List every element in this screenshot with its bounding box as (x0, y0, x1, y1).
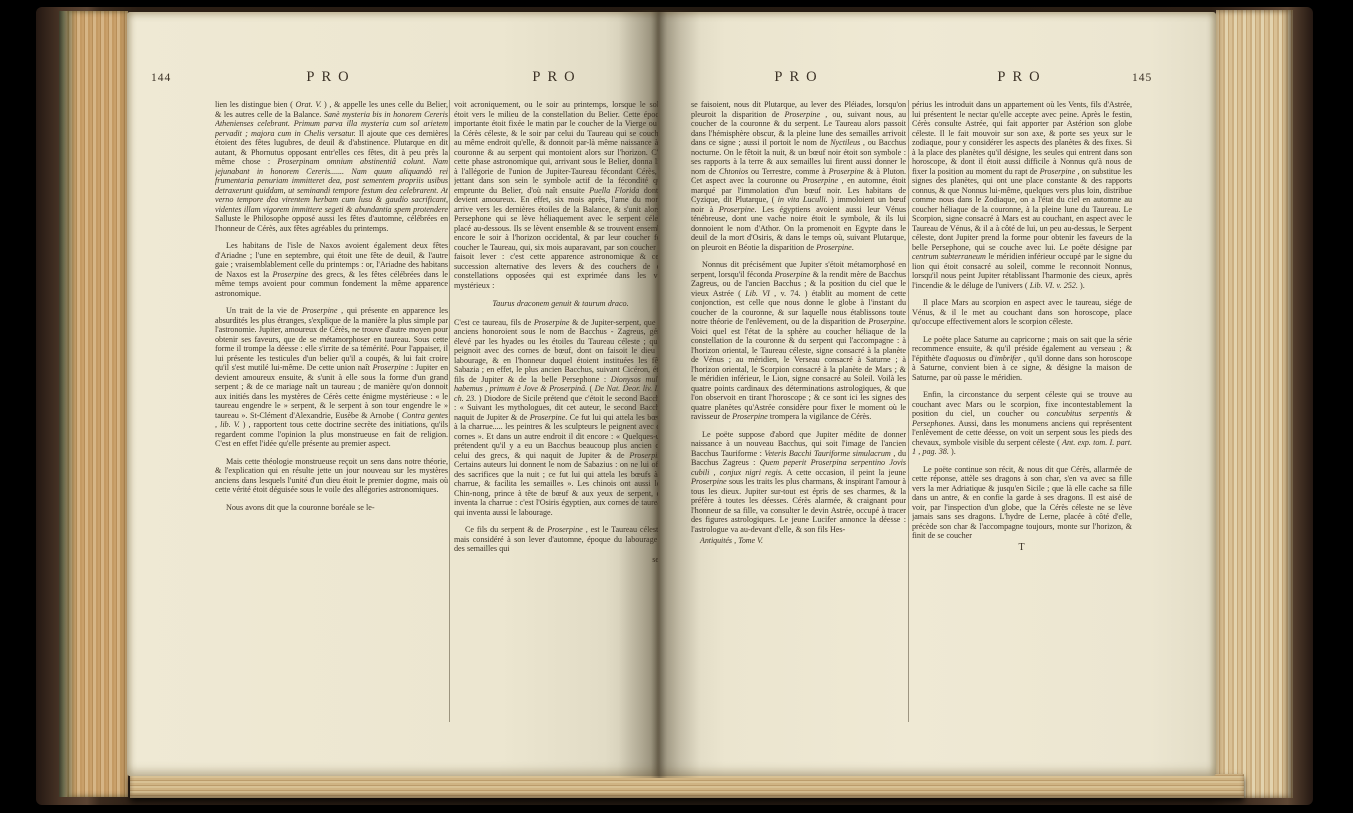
paragraph: lien les distingue bien ( Orat. V. ) , &… (215, 100, 448, 233)
paragraph: Le poëte continue son récit, & nous dit … (912, 465, 1132, 541)
paragraph: se faisoient, nous dit Plutarque, au lev… (691, 100, 906, 252)
bottom-fore-edge-pages (130, 774, 1244, 798)
volume-footer: Antiquités , Tome V. (691, 536, 906, 546)
paragraph: Mais cette théologie monstrueuse reçoit … (215, 457, 448, 495)
text-column-4: périus les introduit dans un appartement… (912, 100, 1132, 732)
left-fore-edge-pages (66, 11, 128, 797)
page-right-145: PRO PRO 145 se faisoient, nous dit Pluta… (658, 12, 1216, 776)
column-divider-rule-right (908, 100, 909, 722)
paragraph: Il place Mars au scorpion en aspect avec… (912, 298, 1132, 327)
latin-verse: Taurus draconem genuit & taurum draco. (454, 299, 667, 309)
signature-mark: T (912, 543, 1132, 553)
paragraph: Un trait de la vie de Proserpine , qui p… (215, 306, 448, 449)
paragraph: Le poëte suppose d'abord que Jupiter méd… (691, 430, 906, 535)
text-column-3: se faisoient, nous dit Plutarque, au lev… (691, 100, 906, 732)
running-head-col1: PRO (306, 69, 355, 86)
open-book-photo: 144 PRO PRO lien les distingue bien ( Or… (0, 0, 1353, 813)
folio-number-left: 144 (151, 72, 171, 84)
running-head-col2: PRO (532, 69, 581, 86)
folio-number-right: 145 (1132, 72, 1152, 84)
paragraph: Nonnus dit précisément que Jupiter s'éto… (691, 260, 906, 422)
text-column-1: lien les distingue bien ( Orat. V. ) , &… (215, 100, 448, 732)
right-fore-edge-pages (1216, 10, 1293, 798)
paragraph: C'est ce taureau, fils de Proserpine & d… (454, 318, 667, 518)
page-left-144: 144 PRO PRO lien les distingue bien ( Or… (127, 12, 658, 776)
paragraph: Ce fils du serpent & de Proserpine , est… (454, 525, 667, 554)
paragraph: Le poëte place Saturne au capricorne ; m… (912, 335, 1132, 383)
paragraph: Enfin, la circonstance du serpent célest… (912, 390, 1132, 457)
paragraph: voit acroniquement, ou le soir au printe… (454, 100, 667, 290)
paragraph: Nous avons dit que la couronne boréale s… (215, 503, 448, 513)
column-divider-rule-left (449, 100, 450, 722)
catchword: se (454, 555, 667, 565)
paragraph: périus les introduit dans un appartement… (912, 100, 1132, 290)
paragraph: Les habitans de l'isle de Naxos avoient … (215, 241, 448, 298)
text-column-2: voit acroniquement, ou le soir au printe… (454, 100, 667, 732)
running-head-col3: PRO (774, 69, 823, 86)
running-head-col4: PRO (997, 69, 1046, 86)
